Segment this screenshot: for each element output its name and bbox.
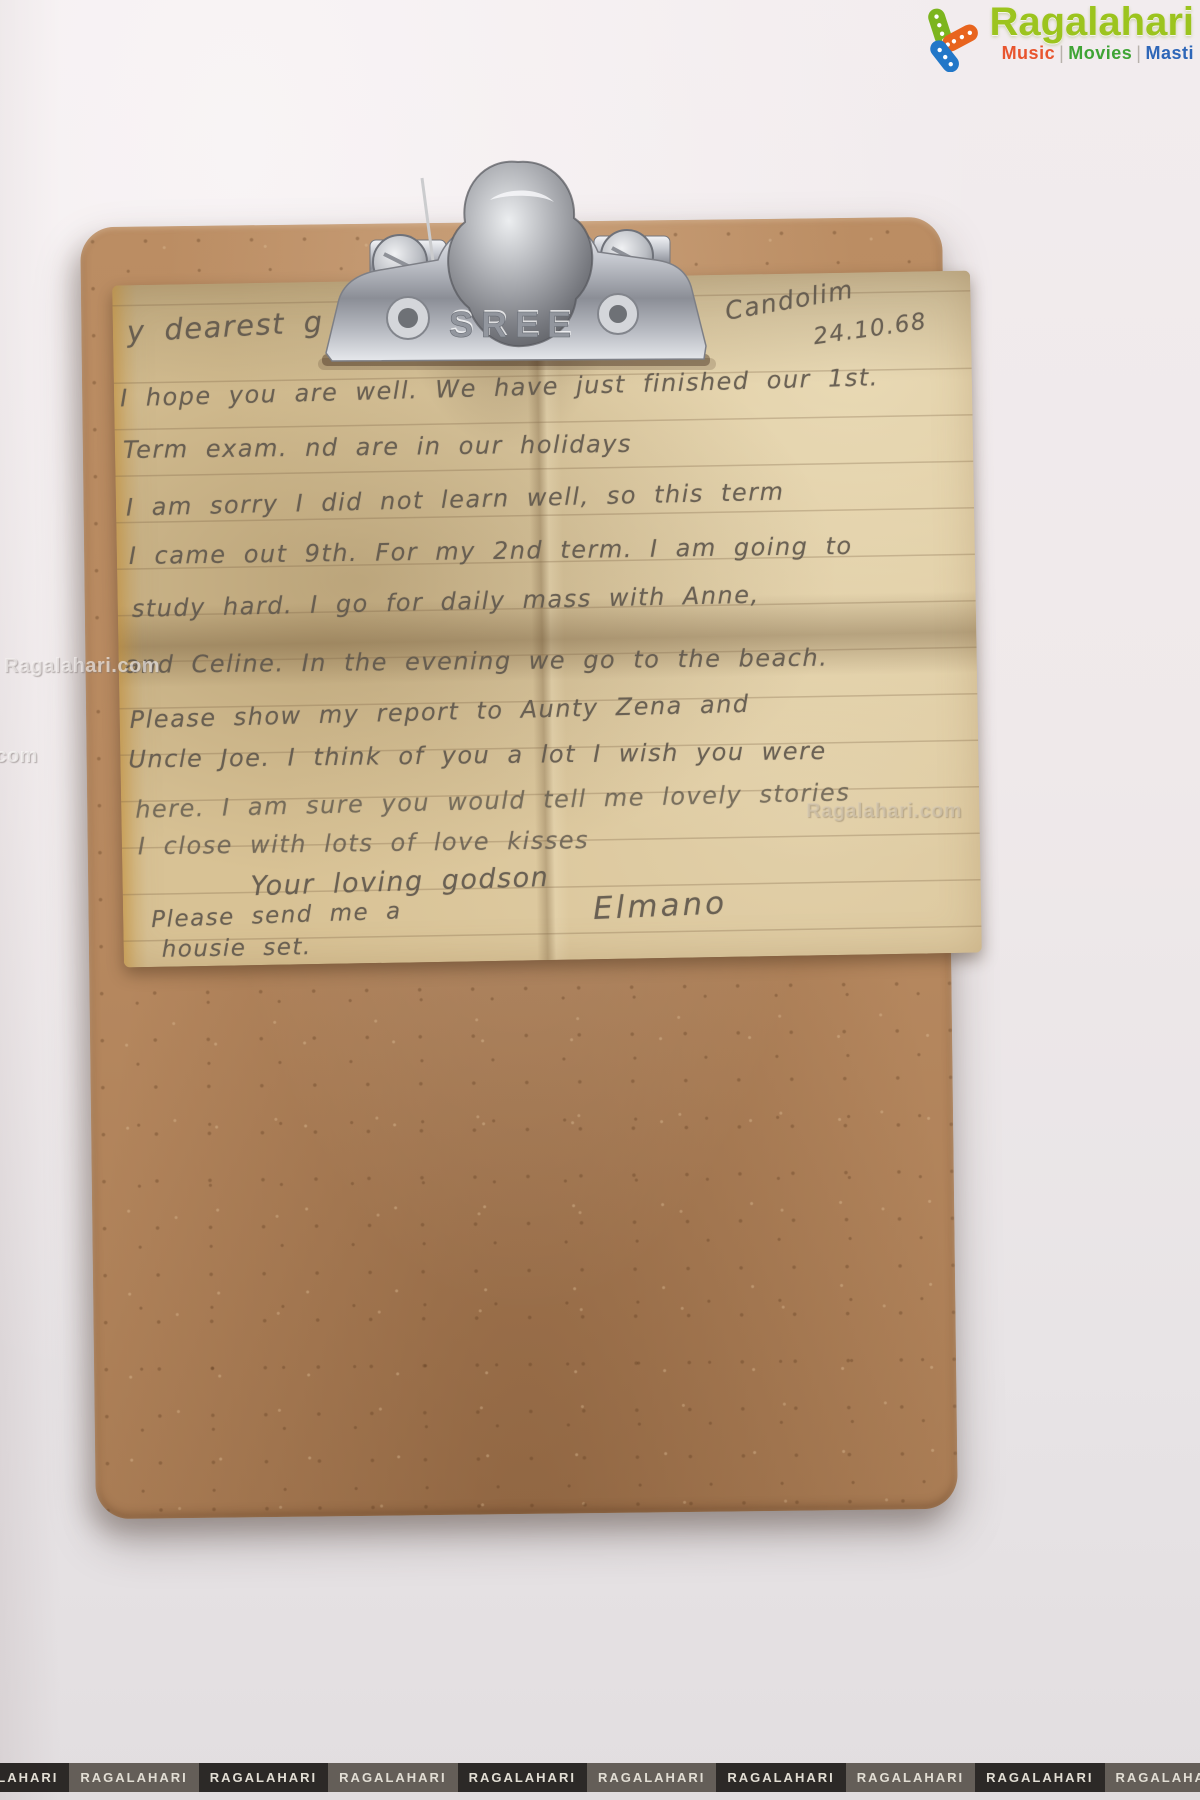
tagline-separator: | [1132,43,1145,63]
ragalahari-logo: Ragalahari Music|Movies|Masti [911,2,1194,72]
clip-brand-text: SREE [449,304,579,345]
watermark-side-left-fragment: Ragalahari.com [0,745,38,768]
letter-closing: Your loving godson [250,862,549,902]
letter-date: 24.10.68 [812,308,929,350]
letter-line: I am sorry I did not learn well, so this… [126,478,785,522]
letter-line: I hope you are well. We have just finish… [120,363,880,412]
watermark-tile: RAGALAHARI [975,1763,1104,1792]
tagline-separator: | [1055,43,1068,63]
letter-line: study hard. I go for daily mass with Ann… [131,581,759,623]
tagline-masti: Masti [1145,43,1194,63]
letter-place: Candolim [723,275,856,326]
watermark-tile: RAGALAHARI [716,1763,845,1792]
watermark-tile: RAGALAHARI [846,1763,975,1792]
letter-postscript-2: housie set. [161,934,311,963]
clipboard-clip: SREE SREE [318,148,720,370]
letter-line: here. I am sure you would tell me lovely… [135,778,851,823]
letter-line: Uncle Joe. I think of you a lot I wish y… [128,737,827,774]
logo-text-column: Ragalahari Music|Movies|Masti [989,2,1194,64]
letter-paper: y dearest g Candolim 24.10.68 I hope you… [112,271,982,968]
watermark-tile: RAGALAHARI [199,1763,328,1792]
watermark-tile: RAGALAHARI [0,1763,69,1792]
watermark-bottom-strip: RAGALAHARI RAGALAHARI RAGALAHARI RAGALAH… [0,1763,1200,1792]
letter-line: I close with lots of love kisses [138,826,590,860]
watermark-tile: RAGALAHARI [458,1763,587,1792]
letter-line: and Celine. In the evening we go to the … [125,644,829,679]
letter-line: Please show my report to Aunty Zena and [129,690,750,734]
clip-rivet-right-hole [609,305,627,323]
letter-line: Term exam. nd are in our holidays [123,430,632,464]
tagline-movies: Movies [1068,43,1132,63]
watermark-tile: RAGALAHARI [328,1763,457,1792]
watermark-side-left: Ragalahari.com [4,655,160,678]
watermark-side-right: Ragalahari.com [806,800,962,823]
tagline-music: Music [1002,43,1056,63]
letter-line: I came out 9th. For my 2nd term. I am go… [129,532,853,570]
film-strip-icon [911,8,985,72]
watermark-tile: RAGALAHARI [1105,1763,1200,1792]
watermark-tile: RAGALAHARI [587,1763,716,1792]
photo-stage: y dearest g Candolim 24.10.68 I hope you… [0,0,1200,1800]
letter-salutation: y dearest g [126,304,324,348]
logo-wordmark: Ragalahari [989,2,1194,42]
watermark-tile: RAGALAHARI [69,1763,198,1792]
logo-tagline: Music|Movies|Masti [1002,43,1194,64]
letter-signature: Elmano [592,885,727,927]
letter-postscript-1: Please send me a [151,898,402,933]
clip-rivet-left-hole [398,308,418,328]
